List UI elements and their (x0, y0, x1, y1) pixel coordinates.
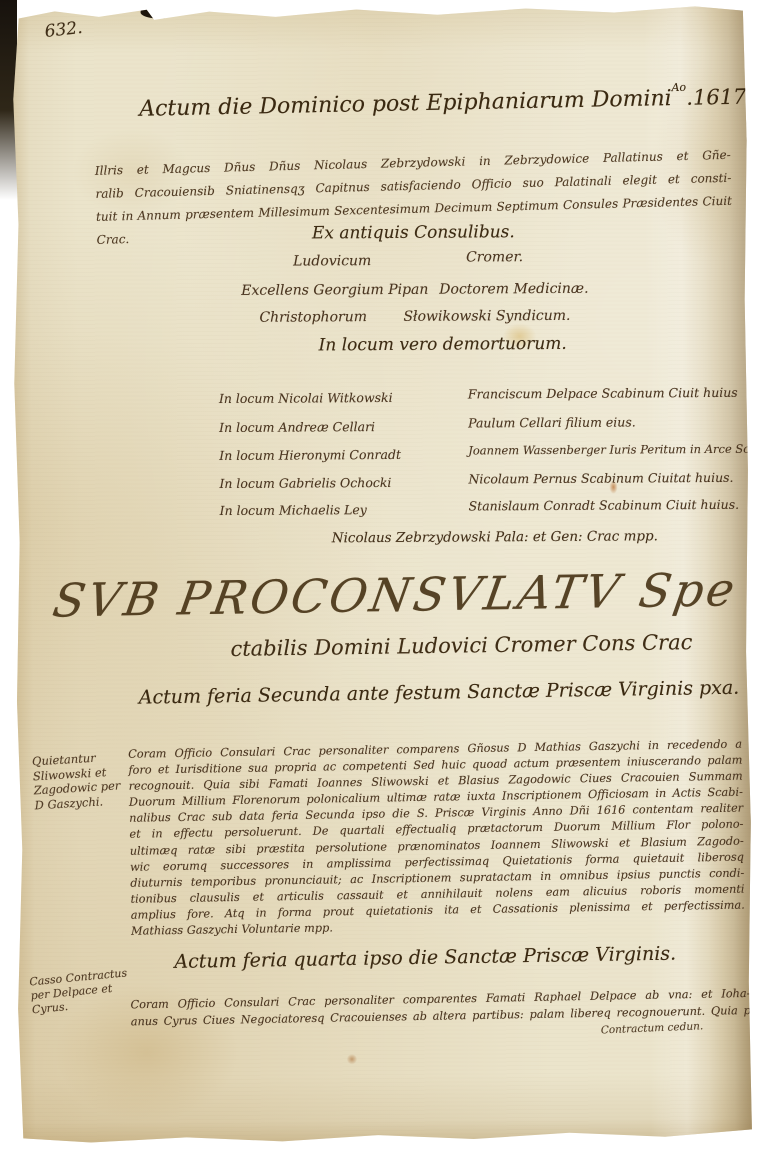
margin-note-casso: Casso Contractus per Delpace et Cyrus. (29, 966, 131, 1017)
page-number: 632. (44, 18, 84, 42)
record2-body: Coram Officio Consulari Crac personalite… (128, 737, 745, 940)
new-consul: Nicolaum Pernus Scabinum Ciuitat huius. (468, 470, 733, 487)
consul-name: Cromer. (466, 249, 523, 265)
record3-heading: Actum feria quarta ipso die Sanctæ Prisc… (174, 943, 676, 973)
replaced-consul: In locum Gabrielis Ochocki (219, 475, 391, 491)
anno-abbreviation: Ao (671, 81, 686, 94)
new-consul: Stanislaum Conradt Scabinum Ciuit huius. (469, 497, 740, 514)
consul-name: Christophorum (259, 309, 367, 326)
replaced-consul: In locum Nicolai Witkowski (219, 390, 393, 406)
margin-note-quietantur: Quietantur Sliwowski et Zagodowic per D … (32, 749, 122, 812)
signature-zebrzydowski: Nicolaus Zebrzydowski Pala: et Gen: Crac… (332, 528, 658, 546)
new-consul: Joannem Wassenberger Iuris Peritum in Ar… (468, 442, 762, 458)
record2-heading: Actum feria Secunda ante festum Sanctæ P… (139, 677, 740, 709)
replaced-consul: In locum Hieronymi Conradt (219, 447, 401, 463)
record1-heading-text: Actum die Dominico post Epiphaniarum Dom… (139, 86, 672, 122)
record1-year: .1617. (686, 84, 753, 109)
consul-name: Ludovicum (293, 253, 371, 269)
replaced-consul: In locum Andreæ Cellari (219, 419, 375, 435)
ink-blot (140, 6, 171, 19)
proconsulate-heading-line2: ctabilis Domini Ludovici Cromer Cons Cra… (230, 630, 692, 661)
catchword: Contractum cedun. (601, 1020, 704, 1036)
new-consul: Paulum Cellari filium eius. (468, 414, 636, 430)
record1-heading: Actum die Dominico post Epiphaniarum Dom… (139, 79, 753, 121)
consul-name: Excellens Georgium Pipan (241, 282, 428, 299)
paper-stain (347, 1054, 357, 1064)
proconsulate-heading-line1: SVB PROCONSVLATV Spe (49, 562, 741, 627)
replaced-consul: In locum Michaelis Ley (220, 502, 367, 518)
old-consuls-row: Ludovicum Cromer. Excellens Georgium Pip… (11, 4, 747, 8)
consul-title: Doctorem Medicinæ. (439, 281, 588, 298)
new-consul: Franciscum Delpace Scabinum Ciuit huius (468, 385, 738, 402)
consul-title: Słowikowski Syndicum. (403, 308, 570, 325)
replacement-list: In locum Nicolai Witkowski Franciscum De… (11, 4, 747, 8)
subheading-ex-antiquis: Ex antiquis Consulibus. (312, 222, 515, 243)
subheading-in-locum: In locum vero demortuorum. (319, 334, 567, 356)
manuscript-page: 632. Actum die Dominico post Epiphaniaru… (11, 4, 754, 1145)
